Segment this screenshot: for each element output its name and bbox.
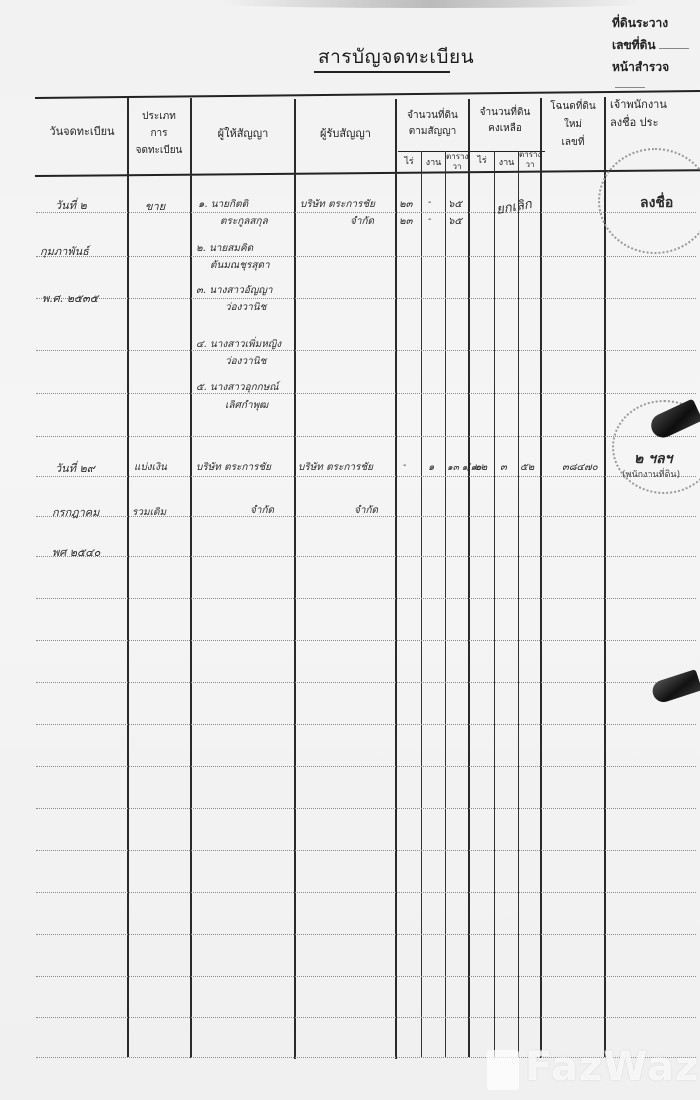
contract-ngan: - bbox=[428, 214, 431, 225]
entry-date-line: วันที่ ๒๙ bbox=[55, 459, 95, 477]
col-divider bbox=[540, 98, 542, 1058]
col-divider bbox=[421, 151, 422, 1057]
receiver-line: บริษัท ตระการชัย bbox=[300, 197, 375, 212]
cancelled-note: ยกเลิก bbox=[494, 193, 533, 220]
row-guide-line bbox=[36, 724, 696, 725]
giver-line: ว่องวานิช bbox=[225, 354, 266, 369]
giver-line: จำกัด bbox=[250, 503, 274, 518]
row-guide-line bbox=[36, 892, 696, 893]
giver-line: ๔. นางสาวเพิ่มหญิง bbox=[196, 337, 281, 352]
giver-line: ๒. นายสมคิด bbox=[196, 241, 253, 256]
unit-ngan: งาน bbox=[422, 158, 445, 169]
row-guide-line bbox=[36, 934, 696, 935]
officer-stamp-text: (พนักงานที่ดิน) bbox=[622, 467, 680, 481]
col-divider bbox=[127, 97, 129, 1057]
receiver-line: จำกัด bbox=[350, 214, 374, 229]
remaining-ngan: ๓ bbox=[500, 460, 507, 475]
row-guide-line bbox=[36, 556, 696, 557]
header-bottom-border bbox=[35, 169, 700, 177]
document-page: สารบัญจดทะเบียน ที่ดินระวาง เลขที่ดิน หน… bbox=[0, 0, 700, 1100]
row-guide-line bbox=[36, 476, 696, 477]
meta-land-number: เลขที่ดิน bbox=[612, 36, 689, 55]
contract-ngan: ๑ bbox=[428, 460, 434, 475]
header-giver: ผู้ให้สัญญา bbox=[192, 126, 294, 141]
row-guide-line bbox=[36, 298, 696, 299]
new-deed-number: ๓๘๔๗๐ bbox=[562, 460, 598, 475]
giver-line: ๕. นางสาวอุกกษณ์ bbox=[196, 380, 279, 395]
col-divider bbox=[468, 99, 470, 1057]
contract-ngan: - bbox=[428, 197, 431, 208]
title-underline bbox=[314, 71, 450, 73]
row-guide-line bbox=[36, 256, 696, 257]
giver-line: บริษัท ตระการชัย bbox=[196, 460, 271, 475]
row-guide-line bbox=[36, 350, 696, 351]
unit-wa: ตารางวา bbox=[446, 152, 468, 172]
remaining-wa: ๕๒ bbox=[520, 460, 534, 475]
contract-rai: ๒๓ bbox=[399, 214, 412, 229]
contract-wa: ๖๕ bbox=[448, 214, 462, 229]
entry-date-line: พ.ศ. ๒๕๓๕ bbox=[42, 289, 98, 307]
binder-clip bbox=[650, 669, 700, 705]
entry-date-line: วันที่ ๒ bbox=[55, 196, 87, 214]
header-contract-area: จำนวนที่ดิน ตามสัญญา bbox=[397, 108, 468, 140]
header-officer: เจ้าพนักงาน ลงชื่อ ประ bbox=[610, 96, 700, 132]
row-guide-line bbox=[36, 212, 696, 213]
row-guide-line bbox=[36, 640, 696, 641]
col-divider bbox=[294, 99, 296, 1059]
receiver-line: บริษัท ตระการชัย bbox=[298, 460, 373, 475]
header-new-deed: โฉนดที่ดินใหม่ เลขที่ bbox=[542, 98, 604, 152]
row-guide-line bbox=[36, 850, 696, 851]
giver-line: เลิศกำพุฒ bbox=[225, 398, 268, 413]
col-divider bbox=[494, 151, 495, 1057]
giver-line: ๓. นางสาวอัญญา bbox=[196, 283, 273, 298]
col-divider bbox=[604, 97, 606, 1057]
meta-survey-page: หน้าสำรวจ bbox=[612, 58, 700, 91]
remaining-rai: ๒๒ bbox=[474, 460, 487, 475]
row-guide-line bbox=[36, 808, 696, 809]
row-guide-line bbox=[36, 766, 696, 767]
header-remaining-area: จำนวนที่ดิน คงเหลือ bbox=[470, 105, 540, 137]
giver-line: ๑. นายกิตติ bbox=[198, 197, 248, 212]
giver-line: ตันมณชุรสุดา bbox=[210, 258, 270, 273]
giver-line: ว่องวานิช bbox=[225, 300, 266, 315]
entry-type: รวมเดิม bbox=[132, 505, 166, 520]
unit-ngan: งาน bbox=[495, 158, 518, 169]
page-fold-shadow bbox=[220, 0, 640, 8]
officer-signature: ลงชื่อ bbox=[640, 192, 673, 214]
unit-rai: ไร่ bbox=[397, 157, 421, 168]
row-guide-line bbox=[36, 976, 696, 977]
giver-line: ตระกูลสกุล bbox=[220, 214, 268, 229]
contract-rai: - bbox=[403, 460, 406, 471]
col-divider bbox=[445, 151, 446, 1057]
header-receiver: ผู้รับสัญญา bbox=[296, 126, 395, 141]
row-guide-line bbox=[36, 436, 696, 437]
row-guide-line bbox=[36, 598, 696, 599]
header-type: ประเภท การ จดทะเบียน bbox=[129, 108, 189, 159]
unit-rai: ไร่ bbox=[470, 156, 494, 167]
entry-type: ขาย bbox=[145, 197, 165, 215]
col-divider bbox=[395, 99, 397, 1059]
row-guide-line bbox=[36, 393, 696, 394]
entry-date-line: พศ ๒๕๔๐ bbox=[52, 543, 100, 561]
contract-wa: ๖๕ bbox=[448, 197, 462, 212]
unit-wa: ตารางวา bbox=[519, 150, 541, 170]
row-guide-line bbox=[36, 1017, 696, 1018]
header-date: วันจดทะเบียน bbox=[38, 124, 126, 139]
watermark-text: FazWaz bbox=[525, 1044, 699, 1090]
contract-rai: ๒๓ bbox=[399, 197, 412, 212]
entry-date-line: กรกฎาคม bbox=[52, 503, 99, 521]
row-guide-line bbox=[36, 682, 696, 683]
col-divider bbox=[190, 98, 192, 1058]
entry-date-line: กุมภาพันธ์ bbox=[40, 242, 89, 260]
receiver-line: จำกัด bbox=[354, 503, 378, 518]
col-divider bbox=[518, 151, 519, 1057]
entry-type: แบ่งเงิน bbox=[134, 460, 167, 475]
watermark-logo-icon bbox=[487, 1050, 519, 1090]
document-title: สารบัญจดทะเบียน bbox=[318, 42, 474, 72]
